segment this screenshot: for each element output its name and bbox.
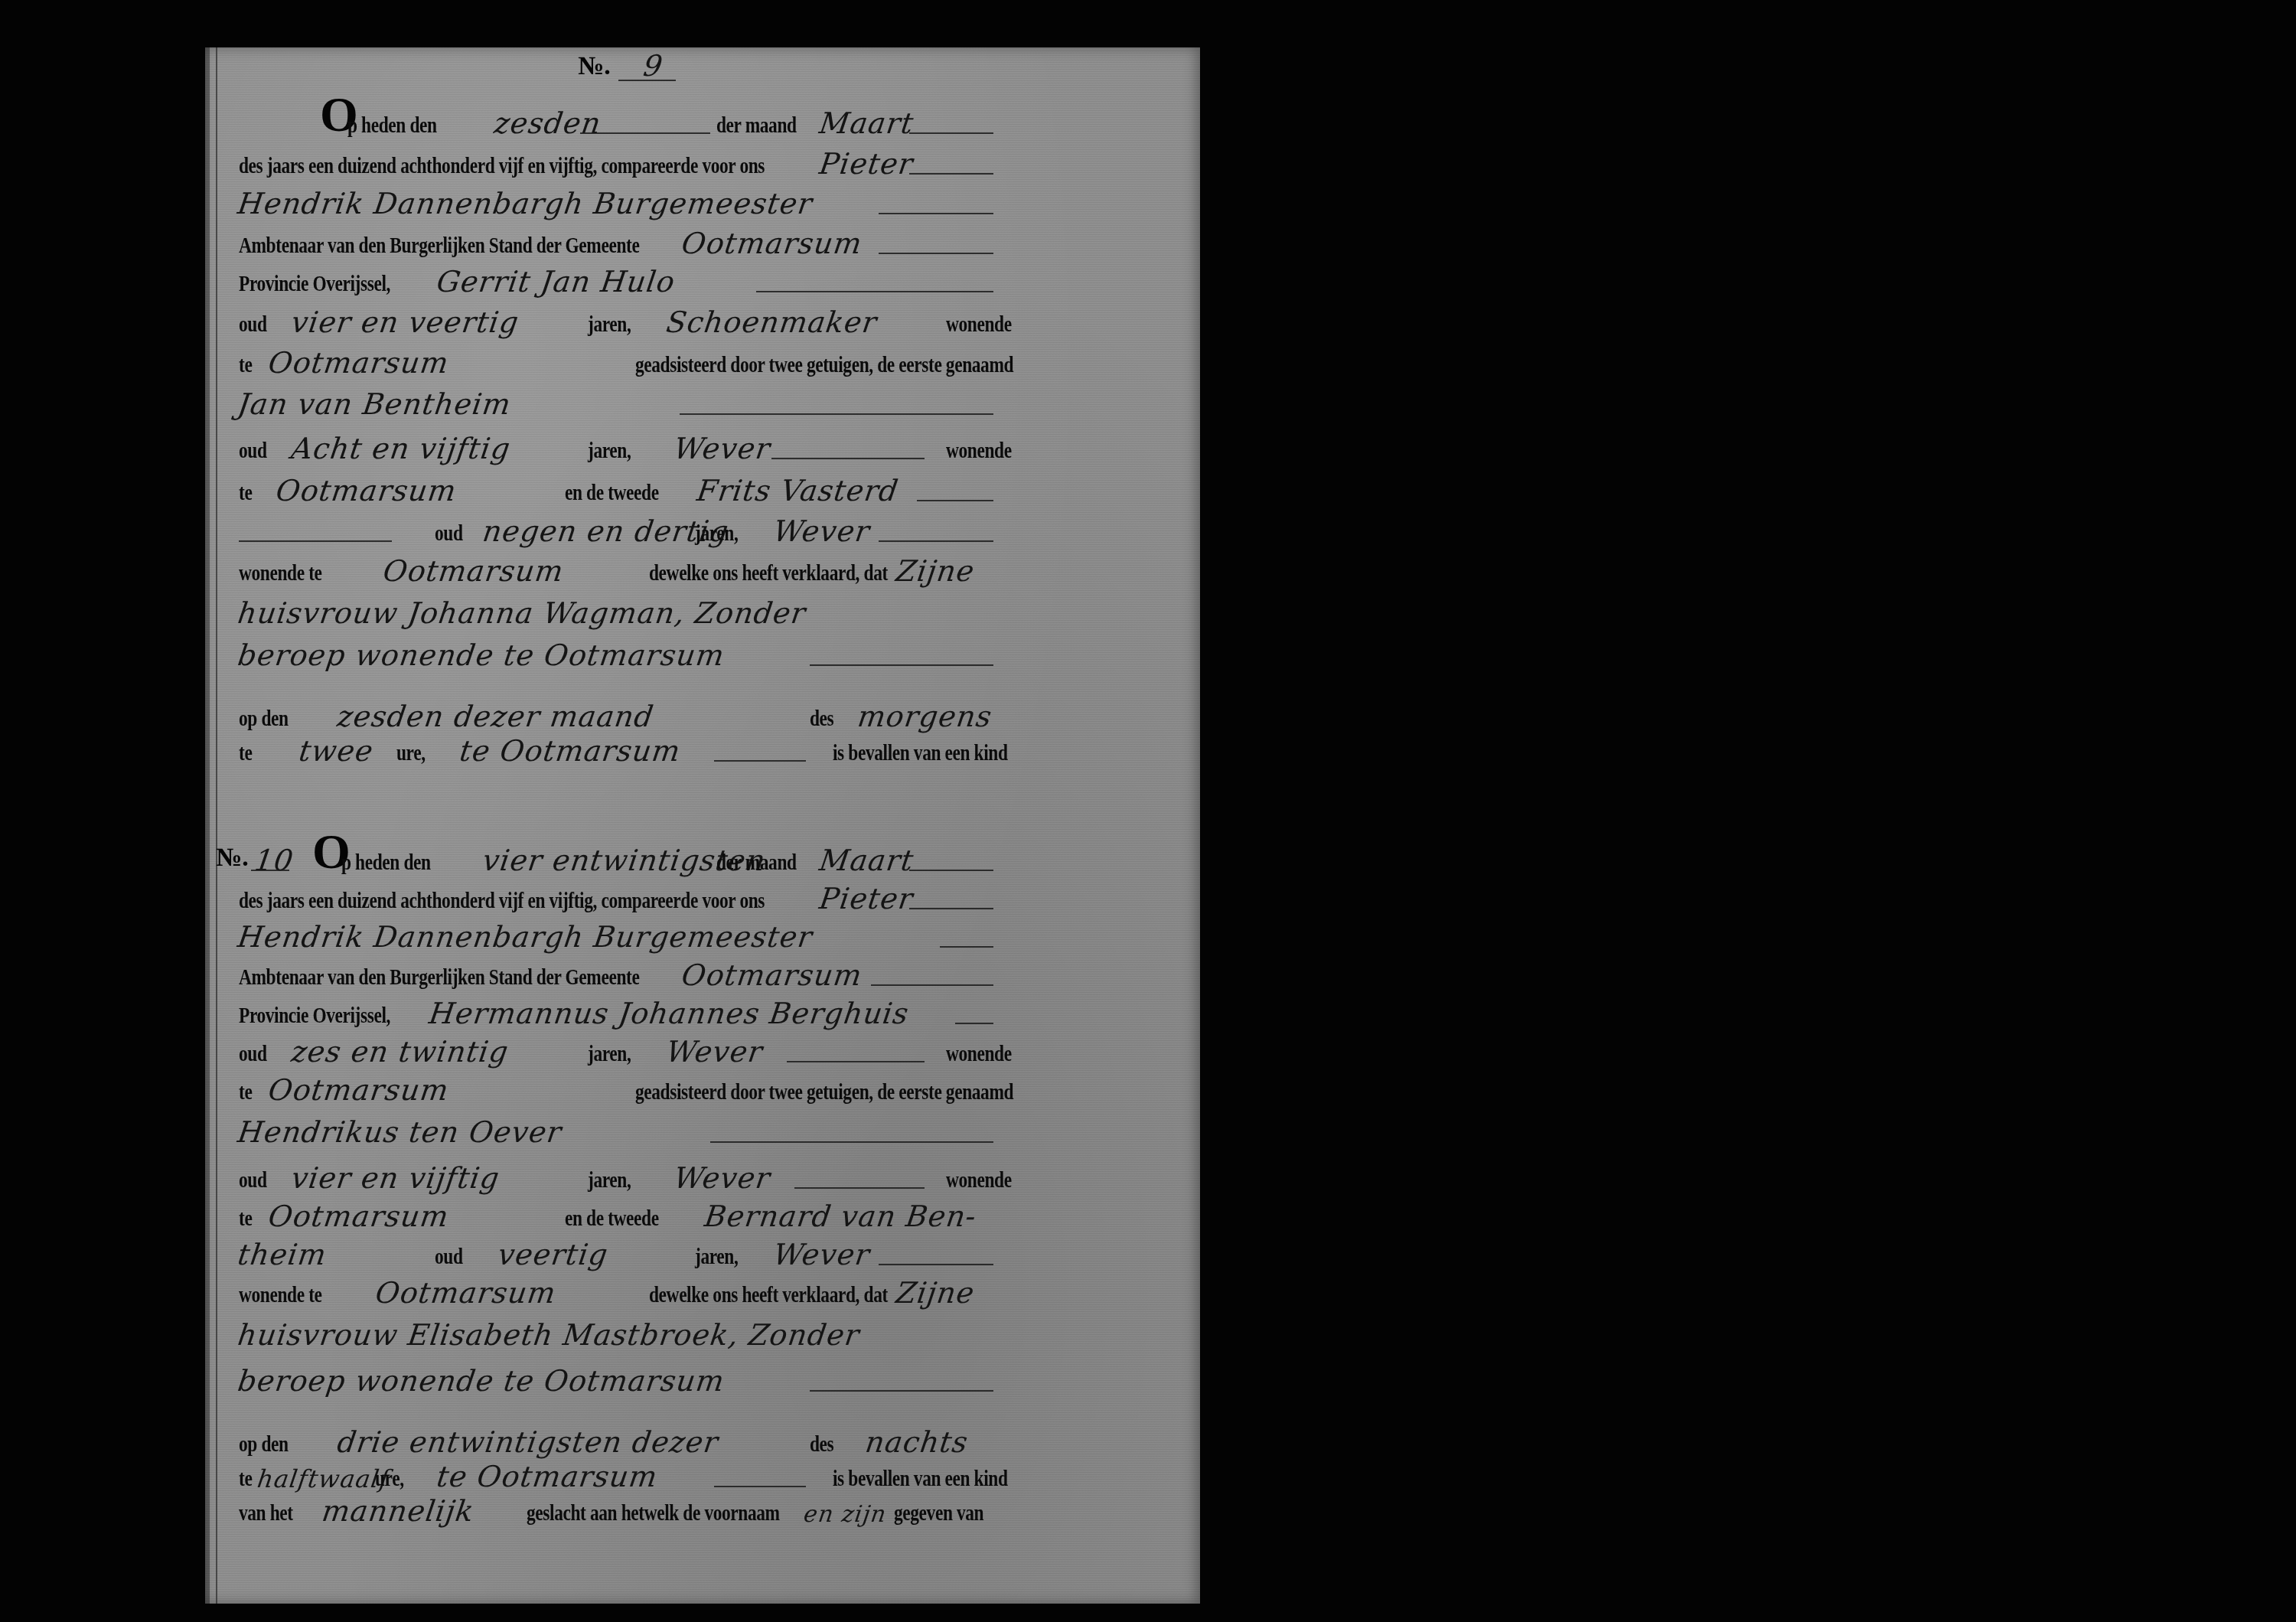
record-9: №. 9 O p heden den zesden der maand Maar… (205, 47, 1200, 828)
statement-line-1: Zijne (894, 554, 977, 588)
label-des-jaars: des jaars een duizend achthonderd vijf e… (239, 153, 765, 179)
label-oud: oud (239, 312, 267, 338)
birth-place: te Ootmarsum (458, 734, 683, 768)
label-jaren: jaren, (695, 521, 738, 547)
label-oud: oud (435, 521, 463, 547)
label-wonende: wonende (946, 438, 1012, 464)
official-name: Hendrik Dannenbargh Burgemeester (236, 187, 815, 220)
witness2-name: Frits Vasterd (695, 474, 901, 507)
witness1-name: Jan van Bentheim (236, 387, 514, 421)
label-jaren: jaren, (588, 438, 631, 464)
label-wonende-te: wonende te (239, 560, 322, 586)
label-dewelke: dewelke ons heeft verklaard, dat (649, 560, 888, 586)
statement-line-2: huisvrouw Johanna Wagman, Zonder (236, 596, 808, 630)
label-geadsisteerd: geadsisteerd door twee getuigen, de eers… (635, 352, 1013, 378)
declarant-name: Gerrit Jan Hulo (435, 265, 677, 299)
witness2-residence: Ootmarsum (381, 554, 566, 588)
label-te: te (239, 740, 252, 766)
declarant-occupation: Schoenmaker (664, 305, 879, 339)
record-number-label: №. (578, 52, 611, 81)
records-layer: №. 9 O p heden den zesden der maand Maar… (0, 0, 2296, 1622)
witness2-occupation: Wever (771, 514, 872, 548)
official-first-name: Pieter (817, 147, 915, 181)
birth-hour: twee (297, 734, 376, 768)
label-te: te (239, 480, 252, 506)
witness1-occupation: Wever (672, 432, 773, 465)
declarant-residence: Ootmarsum (266, 346, 451, 380)
witness2-age: negen en dertig (481, 514, 731, 548)
label-oud: oud (239, 438, 267, 464)
declarant-age: vier en veertig (289, 305, 521, 339)
label-ure: ure, (396, 740, 426, 766)
witness1-age: Acht en vijftig (289, 432, 513, 465)
label-jaren: jaren, (588, 312, 631, 338)
label-te: te (239, 352, 252, 378)
label-der-maand: der maand (716, 113, 797, 139)
day-value: zesden (492, 106, 603, 140)
label-en-de-tweede: en de tweede (565, 480, 659, 506)
label-provincie: Provincie Overijssel, (239, 271, 390, 297)
witness1-residence: Ootmarsum (274, 474, 458, 507)
record-number: 9 (641, 49, 665, 83)
label-heden-den: p heden den (347, 113, 437, 139)
label-is-bevallen: is bevallen van een kind (833, 740, 1008, 766)
month-value: Maart (817, 106, 916, 140)
label-ambtenaar: Ambtenaar van den Burgerlijken Stand der… (239, 233, 639, 259)
label-wonende: wonende (946, 312, 1012, 338)
statement-line-3: beroep wonende te Ootmarsum (236, 638, 727, 672)
